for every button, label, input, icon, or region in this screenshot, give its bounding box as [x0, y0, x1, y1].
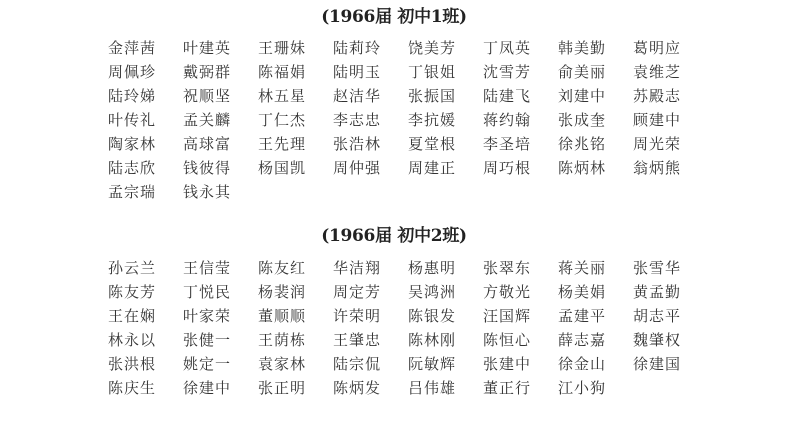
student-name: 戴弼群: [183, 60, 258, 84]
student-name: 孟建平: [558, 304, 633, 328]
student-name: 袁家林: [258, 352, 333, 376]
student-name: 徐建国: [633, 352, 708, 376]
student-name: 汪国辉: [483, 304, 558, 328]
student-name: 陈恒心: [483, 328, 558, 352]
student-name: 江小狗: [558, 376, 633, 400]
student-name: 蒋关丽: [558, 256, 633, 280]
student-name: 李志忠: [333, 108, 408, 132]
student-name: 华洁翔: [333, 256, 408, 280]
student-name: 薛志嘉: [558, 328, 633, 352]
student-name: 杨美娟: [558, 280, 633, 304]
student-name: 陶家林: [108, 132, 183, 156]
student-name: 葛明应: [633, 36, 708, 60]
student-name: 杨裴润: [258, 280, 333, 304]
student-name: 徐金山: [558, 352, 633, 376]
student-name: 周定芳: [333, 280, 408, 304]
student-name: 蒋约翰: [483, 108, 558, 132]
class-2-heading: (1966届 初中2班): [0, 221, 788, 246]
student-name: 苏殿志: [633, 84, 708, 108]
student-name: 阮敏辉: [408, 352, 483, 376]
student-name: 叶传礼: [108, 108, 183, 132]
student-name: 陈炳发: [333, 376, 408, 400]
student-name: 陆志欣: [108, 156, 183, 180]
student-name: 王先理: [258, 132, 333, 156]
student-name: 杨国凯: [258, 156, 333, 180]
student-name: 陆明玉: [333, 60, 408, 84]
student-name: 李抗媛: [408, 108, 483, 132]
student-name: 丁仁杰: [258, 108, 333, 132]
student-name: 王珊妹: [258, 36, 333, 60]
student-name: 饶美芳: [408, 36, 483, 60]
student-name: 张浩林: [333, 132, 408, 156]
student-name: 董正行: [483, 376, 558, 400]
student-name: 张建中: [483, 352, 558, 376]
student-name: 胡志平: [633, 304, 708, 328]
student-name: 周仲强: [333, 156, 408, 180]
student-name: 祝顺坚: [183, 84, 258, 108]
student-name: 袁维芝: [633, 60, 708, 84]
student-name: 徐建中: [183, 376, 258, 400]
class-2-name-list: 孙云兰王信莹陈友红华洁翔杨惠明张翠东蒋关丽张雪华陈友芳丁悦民杨裴润周定芳吴鸿洲方…: [108, 256, 708, 400]
student-name: 陈林刚: [408, 328, 483, 352]
student-name: 陈银发: [408, 304, 483, 328]
class-1-name-list: 金萍茜叶建英王珊妹陆莉玲饶美芳丁凤英韩美勤葛明应周佩珍戴弼群陈福娟陆明玉丁银姐沈…: [108, 36, 708, 204]
student-name: 丁悦民: [183, 280, 258, 304]
student-name: 周建正: [408, 156, 483, 180]
student-name: 黄孟勤: [633, 280, 708, 304]
student-name: 张翠东: [483, 256, 558, 280]
student-name: 王在娴: [108, 304, 183, 328]
student-name: 张雪华: [633, 256, 708, 280]
student-name: 叶家荣: [183, 304, 258, 328]
student-name: 周光荣: [633, 132, 708, 156]
student-name: 吴鸿洲: [408, 280, 483, 304]
student-name: 林永以: [108, 328, 183, 352]
student-name: 陈庆生: [108, 376, 183, 400]
student-name: 赵洁华: [333, 84, 408, 108]
student-name: 陆建飞: [483, 84, 558, 108]
class-1-heading: (1966届 初中1班): [0, 2, 788, 27]
student-name: 张健一: [183, 328, 258, 352]
student-name: 姚定一: [183, 352, 258, 376]
student-name: 方敬光: [483, 280, 558, 304]
student-name: 周佩珍: [108, 60, 183, 84]
student-name: 陆玲娣: [108, 84, 183, 108]
student-name: 王荫栋: [258, 328, 333, 352]
student-name: 孟关麟: [183, 108, 258, 132]
student-name: 金萍茜: [108, 36, 183, 60]
student-name: 俞美丽: [558, 60, 633, 84]
student-name: 吕伟雄: [408, 376, 483, 400]
student-name: 李圣培: [483, 132, 558, 156]
student-name: 王肇忠: [333, 328, 408, 352]
student-name: 许荣明: [333, 304, 408, 328]
student-name: 翁炳熊: [633, 156, 708, 180]
student-name: 韩美勤: [558, 36, 633, 60]
student-name: 魏肇权: [633, 328, 708, 352]
student-name: 徐兆铭: [558, 132, 633, 156]
student-name: 钱彼得: [183, 156, 258, 180]
student-name: 王信莹: [183, 256, 258, 280]
student-name: 周巧根: [483, 156, 558, 180]
student-name: 张洪根: [108, 352, 183, 376]
student-name: 孙云兰: [108, 256, 183, 280]
student-name: 钱永其: [183, 180, 258, 204]
student-name: 刘建中: [558, 84, 633, 108]
student-name: 张振国: [408, 84, 483, 108]
student-name: 陈福娟: [258, 60, 333, 84]
student-name: 孟宗瑞: [108, 180, 183, 204]
student-name: 顾建中: [633, 108, 708, 132]
student-name: 陈友红: [258, 256, 333, 280]
student-name: 陈友芳: [108, 280, 183, 304]
student-name: 夏堂根: [408, 132, 483, 156]
student-name: 丁凤英: [483, 36, 558, 60]
student-name: 杨惠明: [408, 256, 483, 280]
student-name: 沈雪芳: [483, 60, 558, 84]
student-name: 林五星: [258, 84, 333, 108]
student-name: 陆莉玲: [333, 36, 408, 60]
student-name: 丁银姐: [408, 60, 483, 84]
student-name: 陆宗侃: [333, 352, 408, 376]
student-name: 陈炳林: [558, 156, 633, 180]
student-name: 张正明: [258, 376, 333, 400]
student-name: 张成奎: [558, 108, 633, 132]
student-name: 高球富: [183, 132, 258, 156]
student-name: 董顺顺: [258, 304, 333, 328]
student-name: 叶建英: [183, 36, 258, 60]
